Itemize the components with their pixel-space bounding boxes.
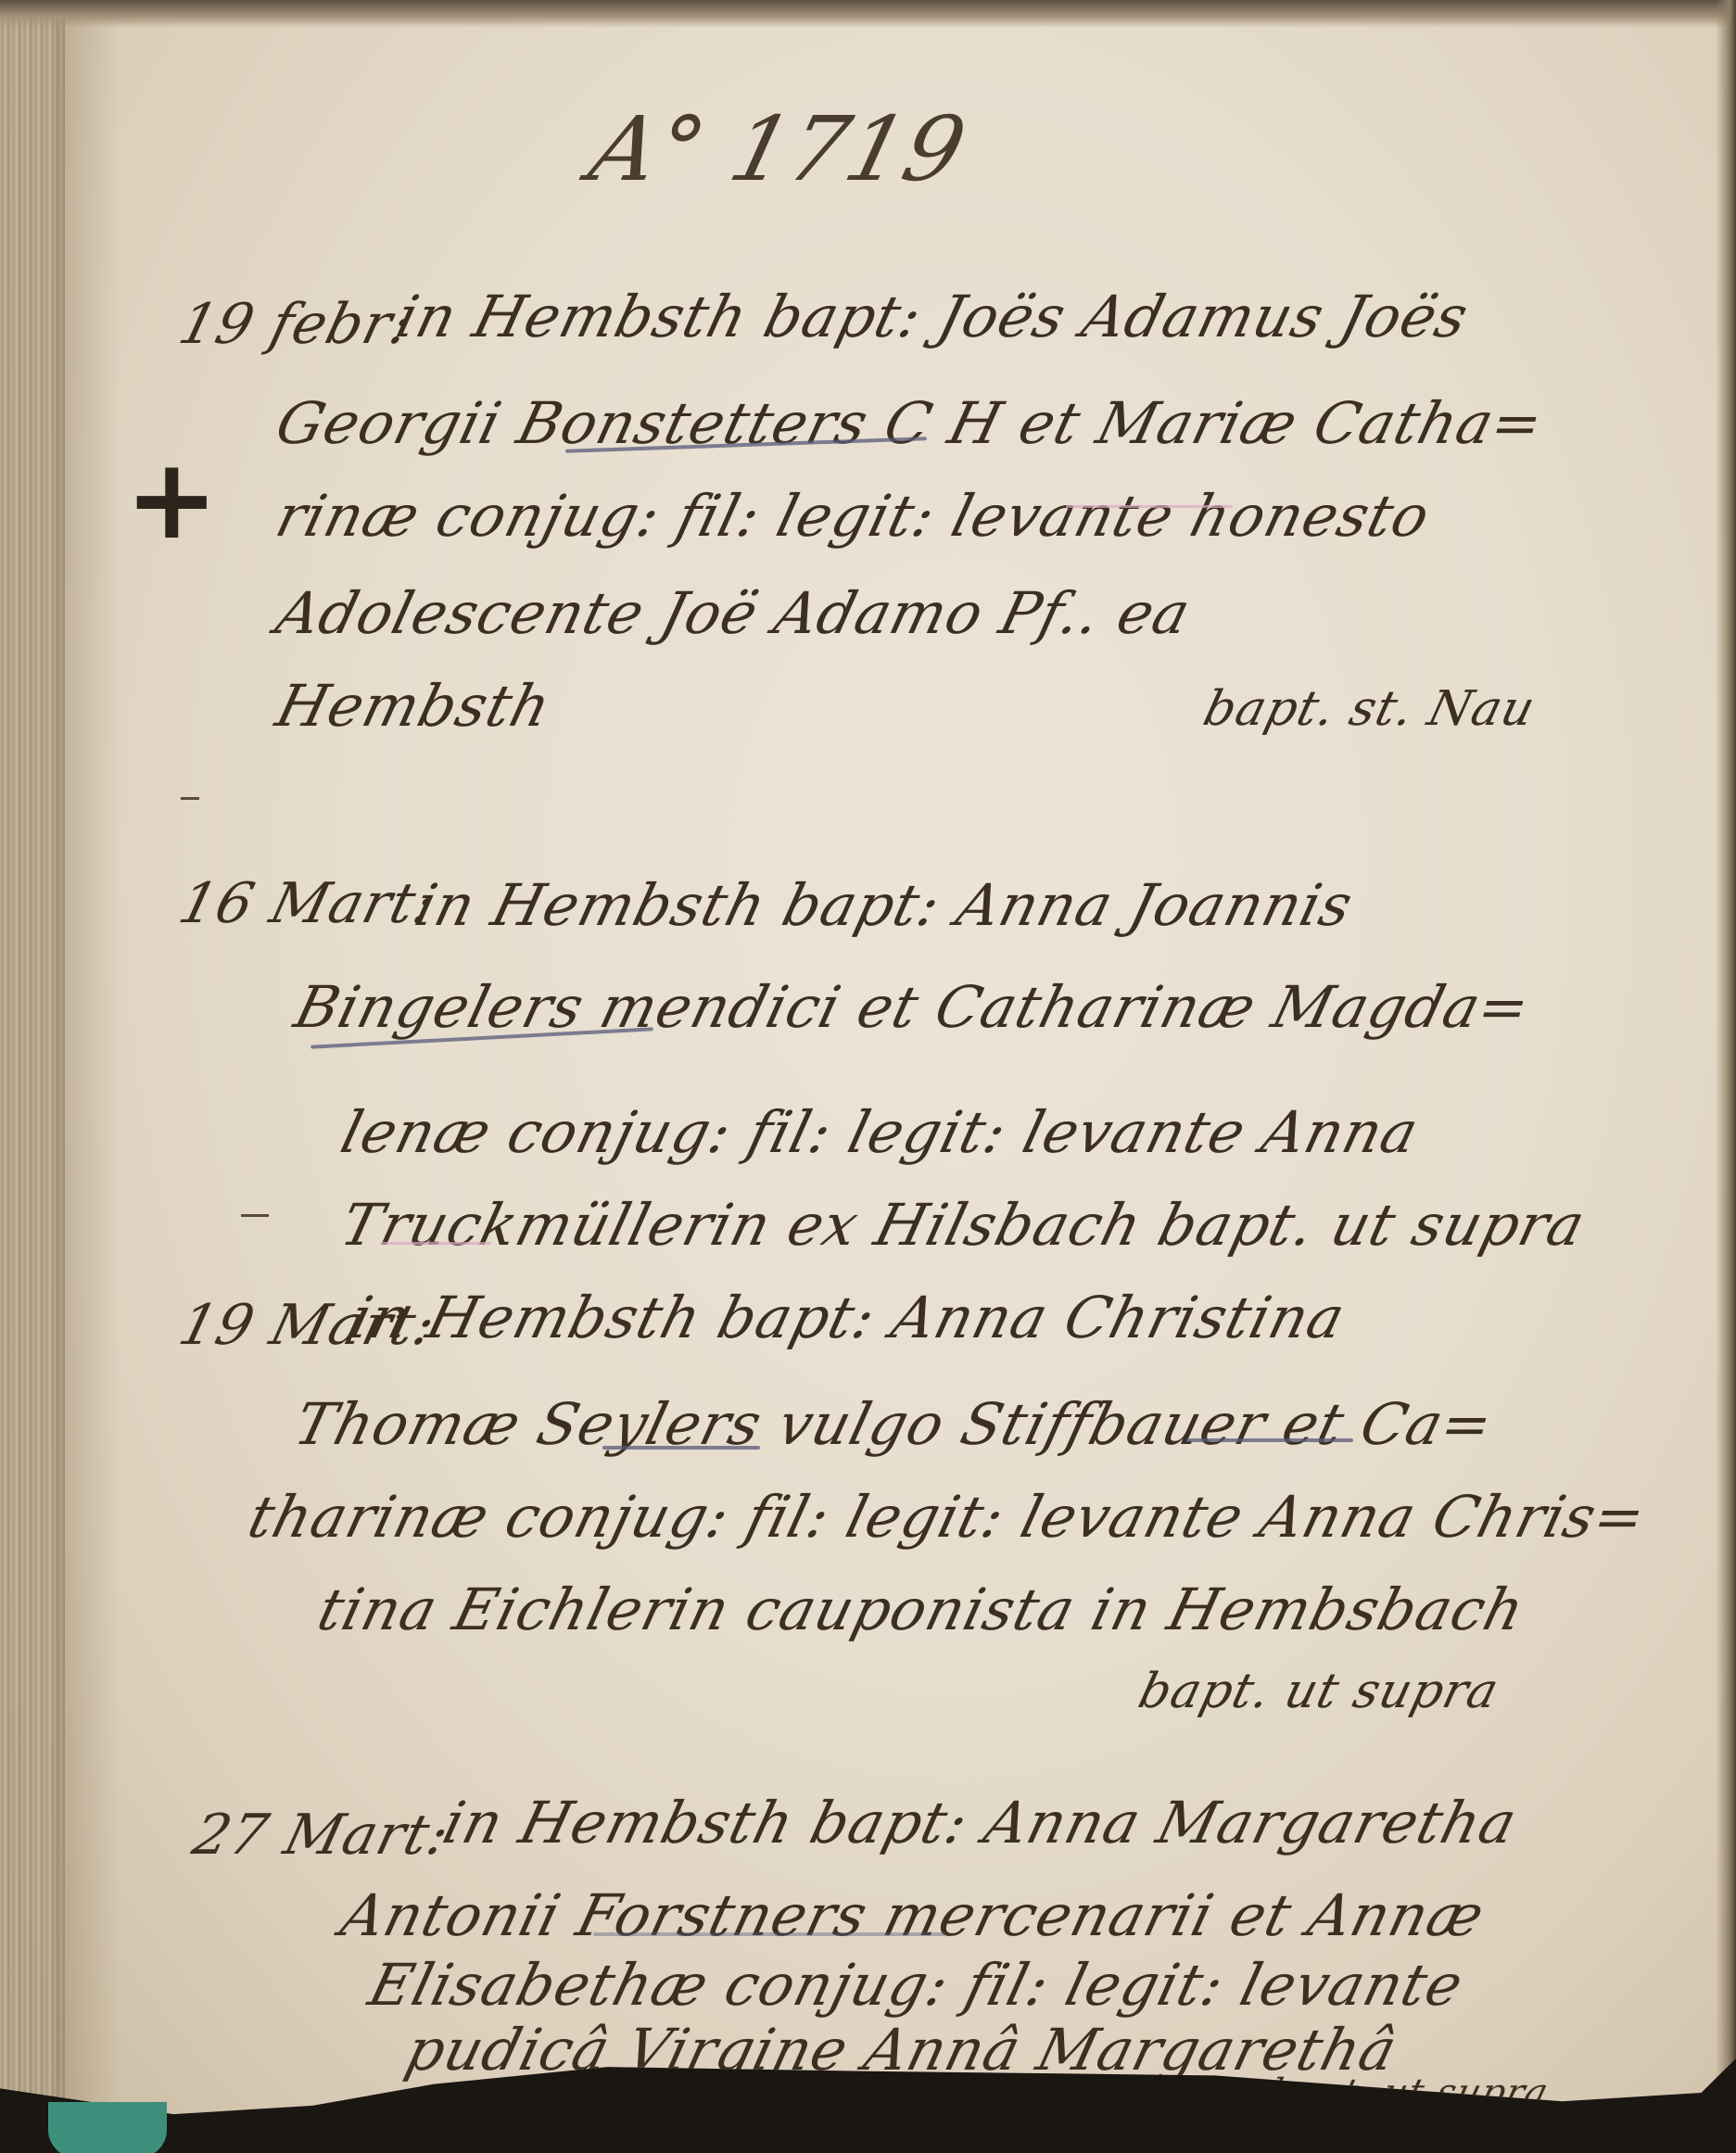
entry-4-line-4: pudicâ Virgine Annâ Margarethâ <box>399 2016 1404 2083</box>
entry-3-underline-1 <box>602 1446 760 1450</box>
entry-1-pink-mark <box>1066 505 1233 508</box>
entry-2-line-1: in Hembsth bapt: Anna Joannis <box>409 871 1360 939</box>
entry-4-line-5: Dischnerin <box>569 2081 793 2123</box>
entry-3-note: bapt. ut supra <box>1134 1664 1505 1719</box>
entry-3-line-3: tharinæ conjug: fil: legit: levante Anna… <box>242 1483 1653 1551</box>
entry-4-underline <box>593 1932 945 1936</box>
entry-2-pink-mark <box>380 1242 491 1245</box>
entry-2-line-3: lenæ conjug: fil: legit: levante Anna <box>335 1098 1426 1166</box>
entry-1-date: 19 febr: <box>172 292 419 357</box>
entry-3-line-1: in Hembsth bapt: Anna Christina <box>344 1284 1352 1351</box>
entry-1-line-2: Georgii Bonstetters C H et Mariæ Catha= <box>270 389 1551 457</box>
entry-4-line-1: in Hembsth bapt: Anna Margaretha <box>437 1789 1524 1856</box>
margin-cross-mark: + <box>125 445 219 556</box>
bookmark-tab <box>48 2102 167 2153</box>
separator-dash <box>241 1214 269 1217</box>
entry-2-date: 16 Mart: <box>172 871 442 936</box>
entry-3-line-2: Thomæ Seylers vulgo Stiffbauer et Ca= <box>288 1390 1500 1458</box>
entry-4-note: bapt. ut supra <box>1264 2071 1552 2114</box>
manuscript-page: A° 1719 19 febr: in Hembsth bapt: Joës A… <box>0 0 1736 2153</box>
entry-2-line-2: Bingelers mendici et Catharinæ Magda= <box>288 973 1537 1041</box>
entry-2-line-4: Truckmüllerin ex Hilsbach bapt. ut supra <box>335 1191 1592 1259</box>
page-heading-year: A° 1719 <box>580 97 976 201</box>
gutter-shadow <box>56 0 120 2153</box>
separator-dash <box>181 797 199 800</box>
entry-1-line-3: rinæ conjug: fil: legit: levante honesto <box>270 482 1437 550</box>
entry-1-note: bapt. st. Nau <box>1198 681 1541 737</box>
entry-4-line-2: Antonii Forstners mercenarii et Annæ <box>335 1881 1491 1949</box>
top-page-edge <box>0 0 1736 28</box>
entry-1-line-5: Hembsth <box>270 672 558 740</box>
right-page-edge <box>1716 0 1736 2153</box>
entry-1-line-1: in Hembsth bapt: Joës Adamus Joës <box>390 283 1476 350</box>
entry-3-line-4: tina Eichlerin cauponista in Hembsbach <box>311 1576 1532 1643</box>
entry-4-line-3: Elisabethæ conjug: fil: legit: levante <box>362 1951 1470 2019</box>
entry-4-date: 27 Mart: <box>186 1803 456 1868</box>
entry-3-underline-2 <box>1186 1438 1353 1442</box>
entry-1-line-4: Adolescente Joë Adamo Pf.. ea <box>270 579 1197 647</box>
